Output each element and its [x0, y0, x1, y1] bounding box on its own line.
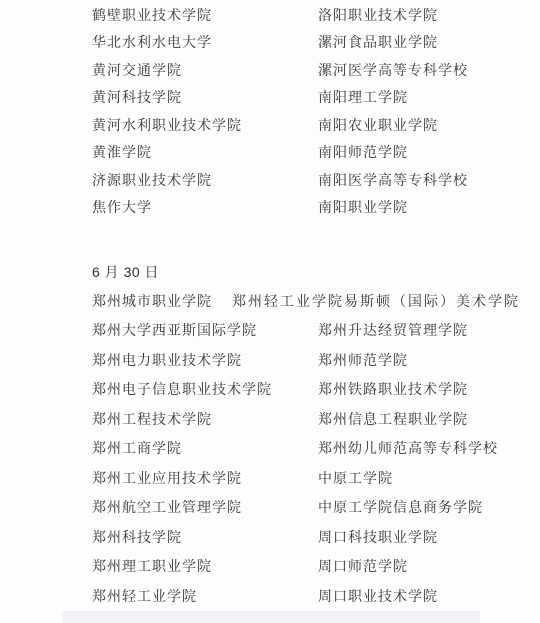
- college-name-left: 鹤壁职业技术学院: [92, 5, 318, 25]
- college-name-right: 南阳农业职业学院: [318, 115, 438, 135]
- college-list-row: 黄河科技学院 南阳理工学院: [0, 84, 540, 112]
- college-name-right: 中原工学院: [318, 468, 393, 488]
- college-list-section-2: 郑州城市职业学院 郑州轻工业学院易斯顿（国际）美术学院 郑州大学西亚斯国际学院 …: [0, 286, 540, 611]
- college-name-right: 漯河食品职业学院: [318, 32, 438, 52]
- college-list-row: 华北水利水电大学 漯河食品职业学院: [0, 29, 540, 57]
- college-name-right: 郑州信息工程职业学院: [318, 409, 468, 429]
- college-name-right: 南阳医学高等专科学校: [318, 170, 468, 190]
- college-name-left: 黄淮学院: [92, 142, 318, 162]
- college-list-row: 黄淮学院 南阳师范学院: [0, 139, 540, 167]
- college-name-left: 郑州理工职业学院: [92, 556, 318, 576]
- college-list-row: 郑州大学西亚斯国际学院 郑州升达经贸管理学院: [0, 316, 540, 346]
- college-name-right: 洛阳职业技术学院: [318, 5, 438, 25]
- college-list-row: 济源职业技术学院 南阳医学高等专科学校: [0, 166, 540, 194]
- college-name-right: 南阳理工学院: [318, 87, 408, 107]
- college-list-row: 郑州工商学院 郑州幼儿师范高等专科学校: [0, 434, 540, 464]
- college-name-right: 郑州轻工业学院易斯顿（国际）美术学院: [232, 291, 520, 311]
- college-list-row: 郑州工业应用技术学院 中原工学院: [0, 463, 540, 493]
- college-name-right: 郑州幼儿师范高等专科学校: [318, 438, 498, 458]
- college-list-row: 郑州轻工业学院 周口职业技术学院: [0, 581, 540, 611]
- college-name-right: 南阳师范学院: [318, 142, 408, 162]
- college-name-left: 焦作大学: [92, 197, 318, 217]
- college-name-left: 郑州城市职业学院: [92, 291, 232, 311]
- college-name-left: 郑州科技学院: [92, 527, 318, 547]
- college-name-right: 周口职业技术学院: [318, 586, 438, 606]
- college-name-left: 济源职业技术学院: [92, 170, 318, 190]
- college-name-right: 周口科技职业学院: [318, 527, 438, 547]
- college-list-row: 郑州电子信息职业技术学院 郑州铁路职业技术学院: [0, 375, 540, 405]
- college-list-row: 郑州电力职业技术学院 郑州师范学院: [0, 345, 540, 375]
- college-name-left: 郑州轻工业学院: [92, 586, 318, 606]
- college-name-right: 郑州升达经贸管理学院: [318, 320, 468, 340]
- college-name-right: 郑州师范学院: [318, 350, 408, 370]
- college-name-left: 华北水利水电大学: [92, 32, 318, 52]
- college-list-row: 郑州城市职业学院 郑州轻工业学院易斯顿（国际）美术学院: [0, 286, 540, 316]
- college-list-row: 郑州科技学院 周口科技职业学院: [0, 522, 540, 552]
- college-name-left: 郑州电力职业技术学院: [92, 350, 318, 370]
- college-name-left: 黄河科技学院: [92, 87, 318, 107]
- college-name-right: 南阳职业学院: [318, 197, 408, 217]
- document-page: 鹤壁职业技术学院 洛阳职业技术学院 华北水利水电大学 漯河食品职业学院 黄河交通…: [0, 1, 540, 623]
- college-list-row: 黄河交通学院 漯河医学高等专科学校: [0, 56, 540, 84]
- college-list-row: 焦作大学 南阳职业学院: [0, 194, 540, 222]
- college-name-left: 郑州工业应用技术学院: [92, 468, 318, 488]
- college-name-left: 郑州工商学院: [92, 438, 318, 458]
- college-name-left: 黄河交通学院: [92, 60, 318, 80]
- college-name-left: 郑州工程技术学院: [92, 409, 318, 429]
- college-name-left: 郑州大学西亚斯国际学院: [92, 320, 318, 340]
- college-name-right: 周口师范学院: [318, 556, 408, 576]
- college-name-right: 漯河医学高等专科学校: [318, 60, 468, 80]
- college-list-row: 郑州航空工业管理学院 中原工学院信息商务学院: [0, 493, 540, 523]
- college-name-left: 郑州航空工业管理学院: [92, 497, 318, 517]
- college-list-row: 黄河水利职业技术学院 南阳农业职业学院: [0, 111, 540, 139]
- college-name-right: 郑州铁路职业技术学院: [318, 379, 468, 399]
- college-name-left: 郑州电子信息职业技术学院: [92, 379, 318, 399]
- date-heading: 6 月 30 日: [0, 258, 540, 286]
- college-list-row: 郑州理工职业学院 周口师范学院: [0, 552, 540, 582]
- scan-artifact-band: [62, 611, 480, 623]
- college-list-row: 鹤壁职业技术学院 洛阳职业技术学院: [0, 1, 540, 29]
- college-list-section-1: 鹤壁职业技术学院 洛阳职业技术学院 华北水利水电大学 漯河食品职业学院 黄河交通…: [0, 1, 540, 221]
- college-name-right: 中原工学院信息商务学院: [318, 497, 483, 517]
- college-list-row: 郑州工程技术学院 郑州信息工程职业学院: [0, 404, 540, 434]
- college-name-left: 黄河水利职业技术学院: [92, 115, 318, 135]
